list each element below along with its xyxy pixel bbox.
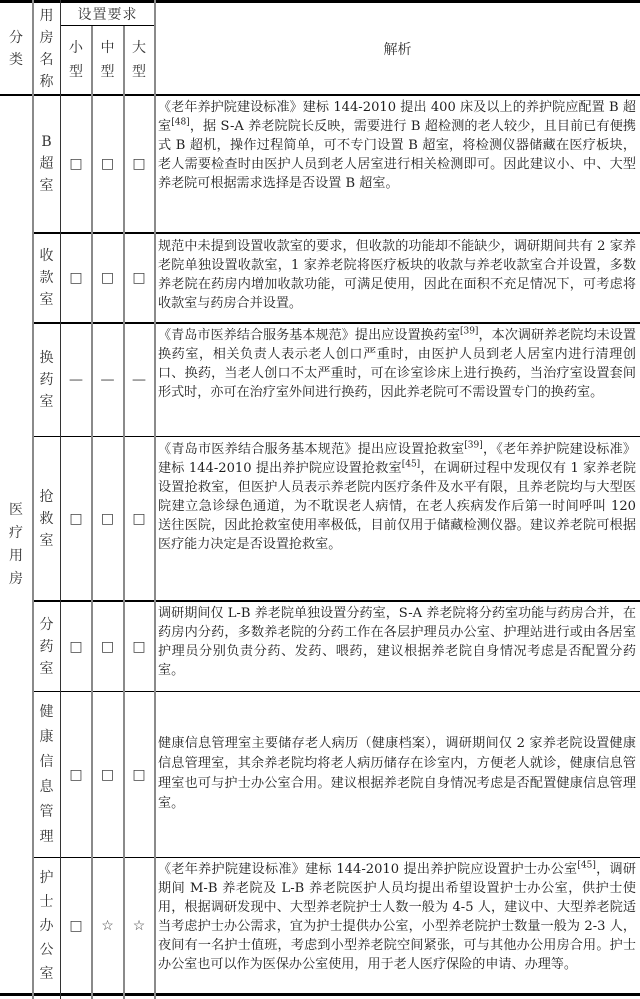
analysis-emergency: 《青岛市医养结合服务基本规范》提出应设置抢救室[39]，《老年养护院建设标准》建…	[158, 440, 636, 554]
header-size-medium: 中 型	[92, 26, 123, 94]
bottom-rule	[0, 993, 640, 996]
optional-mark-large: □	[124, 602, 154, 691]
not-needed-mark-large: —	[124, 324, 154, 436]
optional-mark-small: □	[61, 96, 91, 232]
room-name-dispensing: 分 药 室	[33, 602, 60, 691]
optional-mark-small: □	[61, 234, 91, 322]
optional-mark-large: □	[124, 234, 154, 322]
optional-mark-medium: □	[92, 437, 123, 600]
room-name-b-ultrasound: B 超 室	[33, 96, 60, 232]
optional-mark-large: □	[124, 437, 154, 600]
room-name-dressing: 换 药 室	[33, 324, 60, 436]
col-divider	[154, 0, 156, 999]
room-requirements-table: 分 类 用 房 名 称 设置要求 小 型 中 型 大 型 解析	[0, 0, 640, 999]
room-name-health-info: 健 康 信 息 管 理	[33, 692, 60, 857]
room-name-nurse-office: 护 士 办 公 室	[33, 858, 60, 993]
room-name-emergency: 抢 救 室	[33, 437, 60, 600]
optional-mark-large: □	[124, 96, 154, 232]
analysis-health-info: 健康信息管理室主要储存老人病历（健康档案），调研期间仅 2 家养老院设置健康信息…	[158, 734, 636, 814]
not-needed-mark-medium: —	[92, 324, 123, 436]
category-medical-rooms: 医 疗 用 房	[0, 96, 32, 993]
header-size-small: 小 型	[61, 26, 91, 94]
optional-mark-small: □	[61, 437, 91, 600]
header-requirements: 设置要求	[61, 3, 154, 25]
citation: [48]	[171, 118, 189, 128]
citation: [39]	[460, 327, 478, 337]
recommended-star-icon: ☆	[124, 858, 154, 993]
room-name-cashier: 收 款 室	[33, 234, 60, 322]
optional-mark-medium: □	[92, 234, 123, 322]
header-size-large: 大 型	[124, 26, 154, 94]
analysis-dispensing: 调研期间仅 L-B 养老院单独设置分药室，S-A 养老院将分药室功能与药房合并，…	[158, 604, 636, 680]
citation: [45]	[402, 460, 420, 470]
header-analysis: 解析	[155, 3, 640, 94]
not-needed-mark-small: —	[61, 324, 91, 436]
analysis-b-ultrasound: 《老年养护院建设标准》建标 144-2010 提出 400 床及以上的养护院应配…	[158, 98, 636, 193]
citation: [45]	[577, 861, 595, 871]
header-room-name: 用 房 名 称	[33, 3, 60, 94]
optional-mark-small: □	[61, 858, 91, 993]
optional-mark-medium: □	[92, 602, 123, 691]
optional-mark-small: □	[61, 692, 91, 857]
optional-mark-small: □	[61, 602, 91, 691]
recommended-star-icon: ☆	[92, 858, 123, 993]
citation: [39]	[464, 441, 482, 451]
analysis-nurse-office: 《老年养护院建设标准》建标 144-2010 提出养护院应设置护士办公室[45]…	[158, 860, 636, 974]
header-category: 分 类	[0, 3, 32, 94]
optional-mark-medium: □	[92, 96, 123, 232]
analysis-dressing: 《青岛市医养结合服务基本规范》提出应设置换药室[39]，本次调研养老院均未设置换…	[158, 326, 636, 402]
analysis-cashier: 规范中未提到设置收款室的要求，但收款的功能却不能缺少，调研期间共有 2 家养老院…	[158, 237, 636, 313]
optional-mark-large: □	[124, 692, 154, 857]
optional-mark-medium: □	[92, 692, 123, 857]
